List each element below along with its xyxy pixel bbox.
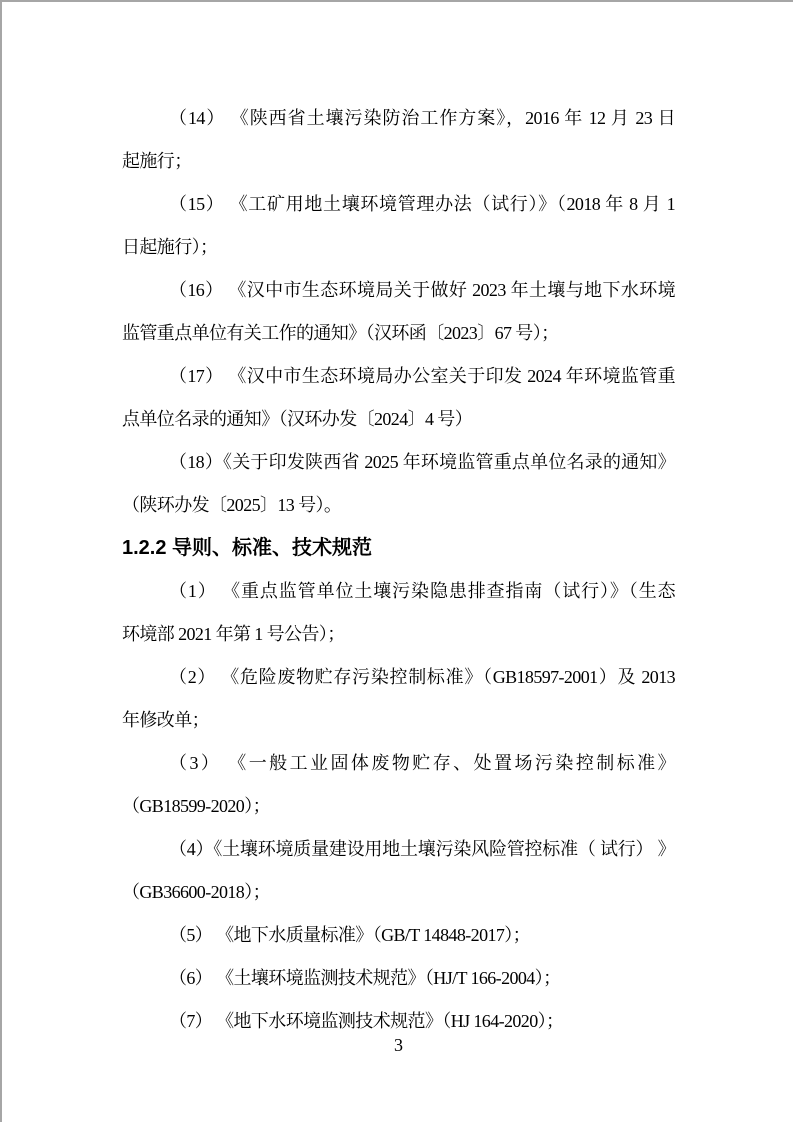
text-line: 起施行； — [122, 140, 675, 183]
text-line: （18）《关于印发陕西省 2025 年环境监管重点单位名录的通知》 — [122, 441, 675, 484]
paragraph: （5） 《地下水质量标准》（GB/T 14848-2017）； — [122, 914, 675, 957]
text-line: （16） 《汉中市生态环境局关于做好 2023 年土壤与地下水环境 — [122, 269, 675, 312]
text-line: （17） 《汉中市生态环境局办公室关于印发 2024 年环境监管重 — [122, 355, 675, 398]
paragraph: （2） 《危险废物贮存污染控制标准》（GB18597-2001）及 2013年修… — [122, 656, 675, 742]
heading-line: 1.2.2 导则、标准、技术规范 — [122, 527, 675, 570]
text-line: 年修改单； — [122, 699, 675, 742]
text-line: （6） 《土壤环境监测技术规范》（HJ/T 166-2004）； — [122, 957, 675, 1000]
text-line: 日起施行）； — [122, 226, 675, 269]
text-line: （4）《土壤环境质量建设用地土壤污染风险管控标准（ 试行） 》 — [122, 828, 675, 871]
text-line: 环境部 2021 年第 1 号公告）； — [122, 613, 675, 656]
text-line: （3） 《一般工业固体废物贮存、处置场污染控制标准》 — [122, 742, 675, 785]
paragraph: （15） 《工矿用地土壤环境管理办法（试行）》（2018 年 8 月 1日起施行… — [122, 183, 675, 269]
paragraph: （18）《关于印发陕西省 2025 年环境监管重点单位名录的通知》（陕环办发〔2… — [122, 441, 675, 527]
text-line: （1） 《重点监管单位土壤污染隐患排查指南（试行）》（生态 — [122, 570, 675, 613]
text-line: （GB18599-2020）； — [122, 785, 675, 828]
document-content: （14） 《陕西省土壤污染防治工作方案》，2016 年 12 月 23 日起施行… — [122, 97, 675, 1043]
text-line: 点单位名录的通知》（汉环办发〔2024〕4 号） — [122, 398, 675, 441]
paragraph: （3） 《一般工业固体废物贮存、处置场污染控制标准》（GB18599-2020）… — [122, 742, 675, 828]
text-line: （2） 《危险废物贮存污染控制标准》（GB18597-2001）及 2013 — [122, 656, 675, 699]
document-page: （14） 《陕西省土壤污染防治工作方案》，2016 年 12 月 23 日起施行… — [0, 0, 793, 1122]
text-line: 监管重点单位有关工作的通知》（汉环函〔2023〕67 号）； — [122, 312, 675, 355]
paragraph: （16） 《汉中市生态环境局关于做好 2023 年土壤与地下水环境监管重点单位有… — [122, 269, 675, 355]
paragraph: （17） 《汉中市生态环境局办公室关于印发 2024 年环境监管重点单位名录的通… — [122, 355, 675, 441]
text-line: （14） 《陕西省土壤污染防治工作方案》，2016 年 12 月 23 日 — [122, 97, 675, 140]
text-line: （陕环办发〔2025〕13 号）。 — [122, 484, 675, 527]
section-heading: 1.2.2 导则、标准、技术规范 — [122, 527, 675, 570]
text-line: （15） 《工矿用地土壤环境管理办法（试行）》（2018 年 8 月 1 — [122, 183, 675, 226]
text-line: （5） 《地下水质量标准》（GB/T 14848-2017）； — [122, 914, 675, 957]
paragraph: （4）《土壤环境质量建设用地土壤污染风险管控标准（ 试行） 》（GB36600-… — [122, 828, 675, 914]
paragraph: （1） 《重点监管单位土壤污染隐患排查指南（试行）》（生态环境部 2021 年第… — [122, 570, 675, 656]
paragraph: （14） 《陕西省土壤污染防治工作方案》，2016 年 12 月 23 日起施行… — [122, 97, 675, 183]
page-number: 3 — [122, 1032, 675, 1058]
text-line: （GB36600-2018）； — [122, 871, 675, 914]
paragraph: （6） 《土壤环境监测技术规范》（HJ/T 166-2004）； — [122, 957, 675, 1000]
